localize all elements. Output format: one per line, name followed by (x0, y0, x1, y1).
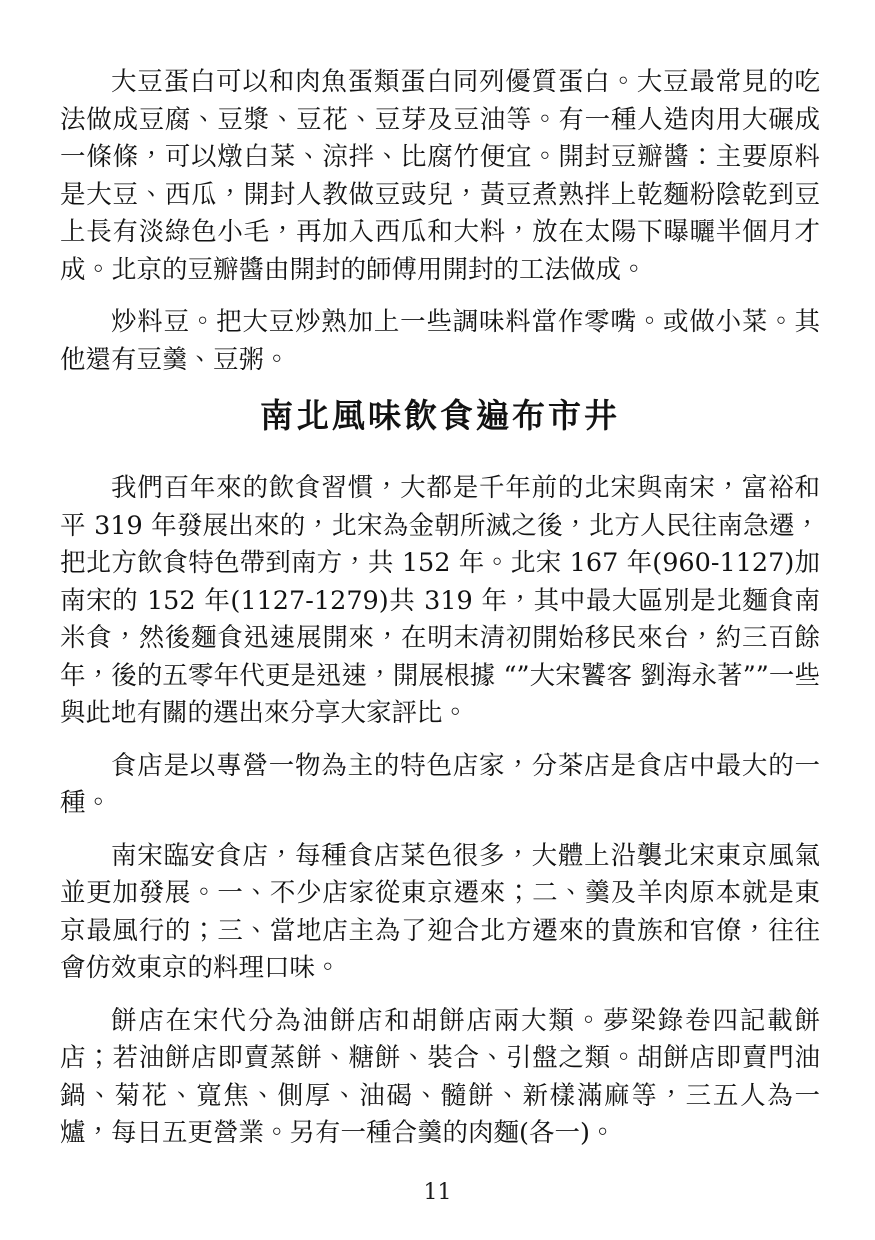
paragraph-soy-protein: 大豆蛋白可以和肉魚蛋類蛋白同列優質蛋白。大豆最常見的吃法做成豆腐、豆漿、豆花、豆… (60, 64, 820, 289)
document-page: 大豆蛋白可以和肉魚蛋類蛋白同列優質蛋白。大豆最常見的吃法做成豆腐、豆漿、豆花、豆… (0, 0, 875, 1240)
paragraph-linan-food-shops: 南宋臨安食店，每種食店菜色很多，大體上沿襲北宋東京風氣並更加發展。一、不少店家從… (60, 838, 820, 988)
page-number: 11 (0, 1180, 875, 1206)
paragraph-fried-soybeans: 炒料豆。把大豆炒熟加上一些調味料當作零嘴。或做小菜。其他還有豆羹、豆粥。 (60, 304, 820, 379)
paragraph-song-dynasty-history: 我們百年來的飲食習慣，大都是千年前的北宋與南宋，富裕和平 319 年發展出來的，… (60, 470, 820, 733)
paragraph-bing-shops: 餅店在宋代分為油餅店和胡餅店兩大類。夢梁錄卷四記載餅店；若油餅店即賣蒸餅、糖餅、… (60, 1003, 820, 1153)
section-heading: 南北風味飲食遍布市井 (60, 394, 820, 438)
paragraph-specialty-food-shops: 食店是以專營一物為主的特色店家，分茶店是食店中最大的一種。 (60, 748, 820, 823)
